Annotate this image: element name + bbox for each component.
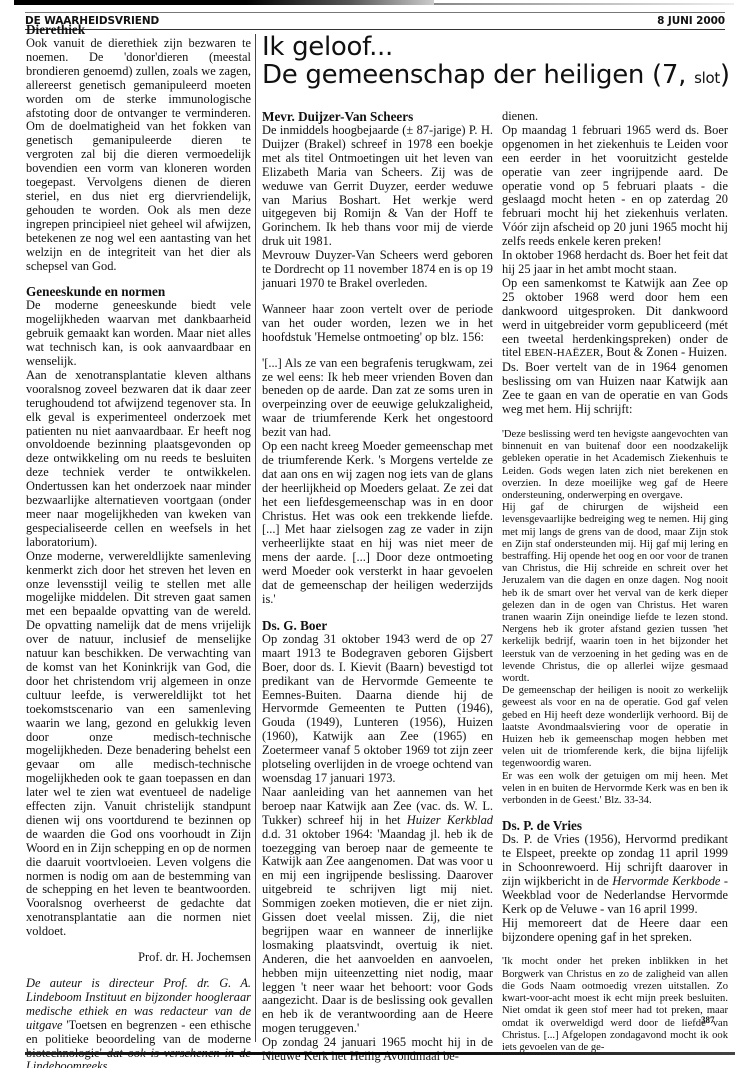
quote-paragraph: 'Ik mocht onder het preken inblikken in … [502, 956, 728, 1054]
paragraph: Ook vanuit de dierethiek zijn bezwaren t… [26, 37, 251, 273]
quote-paragraph: 'Deze beslissing werd ten hevigste aange… [502, 429, 728, 502]
paragraph: De inmiddels hoogbejaarde (± 87-jarige) … [262, 124, 493, 249]
paragraph: Mevrouw Duyzer-Van Scheers werd geboren … [262, 249, 493, 291]
article-title: Ik geloof... De gemeenschap der heiligen… [262, 33, 730, 92]
title-line-2: De gemeenschap der heiligen (7, slot) [262, 61, 730, 92]
paragraph: Hij memoreert dat de Heere daar een bijz… [502, 917, 728, 945]
publication-date: 8 JUNI 2000 [657, 15, 725, 27]
section-heading-de-vries: Ds. P. de Vries [502, 819, 728, 833]
bottom-rule [25, 1052, 735, 1055]
section-heading-dierethiek: Dierethiek [26, 23, 251, 37]
paragraph: Wanneer haar zoon vertelt over de period… [262, 303, 493, 345]
page-number: 387 [701, 1015, 715, 1025]
block-quote: 'Deze beslissing werd ten hevigste aange… [502, 429, 728, 807]
column-2: Mevr. Duijzer-Van Scheers De inmiddels h… [262, 110, 493, 1064]
paragraph: Onze moderne, verwereldlijkte samenlevin… [26, 550, 251, 939]
section-heading-duijzer: Mevr. Duijzer-Van Scheers [262, 110, 493, 124]
paragraph: Op maandag 1 februari 1965 werd ds. Boer… [502, 124, 728, 249]
author-signature: Prof. dr. H. Jochemsen [26, 951, 251, 965]
quote-paragraph: '[...] Als ze van een begrafenis terugkw… [262, 357, 493, 440]
title-line-1: Ik geloof... [262, 33, 730, 61]
column-divider [255, 34, 256, 1042]
paragraph: Aan de xenotransplantatie kleven althans… [26, 369, 251, 550]
paragraph: In oktober 1968 herdacht ds. Boer het fe… [502, 249, 728, 277]
quote-paragraph: Op een nacht kreeg Moeder gemeenschap me… [262, 440, 493, 607]
paragraph: Naar aanleiding van het aannemen van het… [262, 786, 493, 1036]
paragraph: De moderne geneeskunde biedt vele mogeli… [26, 299, 251, 369]
paragraph: Ds. Boer vertelt van de in 1964 genomen … [502, 361, 728, 417]
block-quote: 'Ik mocht onder het preken inblikken in … [502, 956, 728, 1054]
section-heading-boer: Ds. G. Boer [262, 619, 493, 633]
quote-paragraph: Hij gaf de chirurgen de wijsheid een lev… [502, 502, 728, 685]
quote-paragraph: Er was een wolk der getuigen om mij heen… [502, 771, 728, 808]
title-suffix: slot [694, 69, 720, 87]
quote-paragraph: De gemeenschap der heiligen is nooit zo … [502, 685, 728, 770]
column-3: dienen. Op maandag 1 februari 1965 werd … [502, 110, 728, 1054]
paragraph: Op zondag 31 oktober 1943 werd de op 27 … [262, 633, 493, 786]
paragraph: Ds. P. de Vries (1956), Hervormd predika… [502, 833, 728, 916]
paragraph: Op zondag 24 januari 1965 mocht hij in d… [262, 1036, 493, 1064]
top-rule-fade [434, 3, 734, 5]
paragraph: Op een samenkomst te Katwijk aan Zee op … [502, 277, 728, 361]
section-heading-geneeskunde: Geneeskunde en normen [26, 285, 251, 299]
top-rule [14, 0, 434, 5]
paragraph: dienen. [502, 110, 728, 124]
column-1: Dierethiek Ook vanuit de dierethiek zijn… [26, 23, 251, 1068]
